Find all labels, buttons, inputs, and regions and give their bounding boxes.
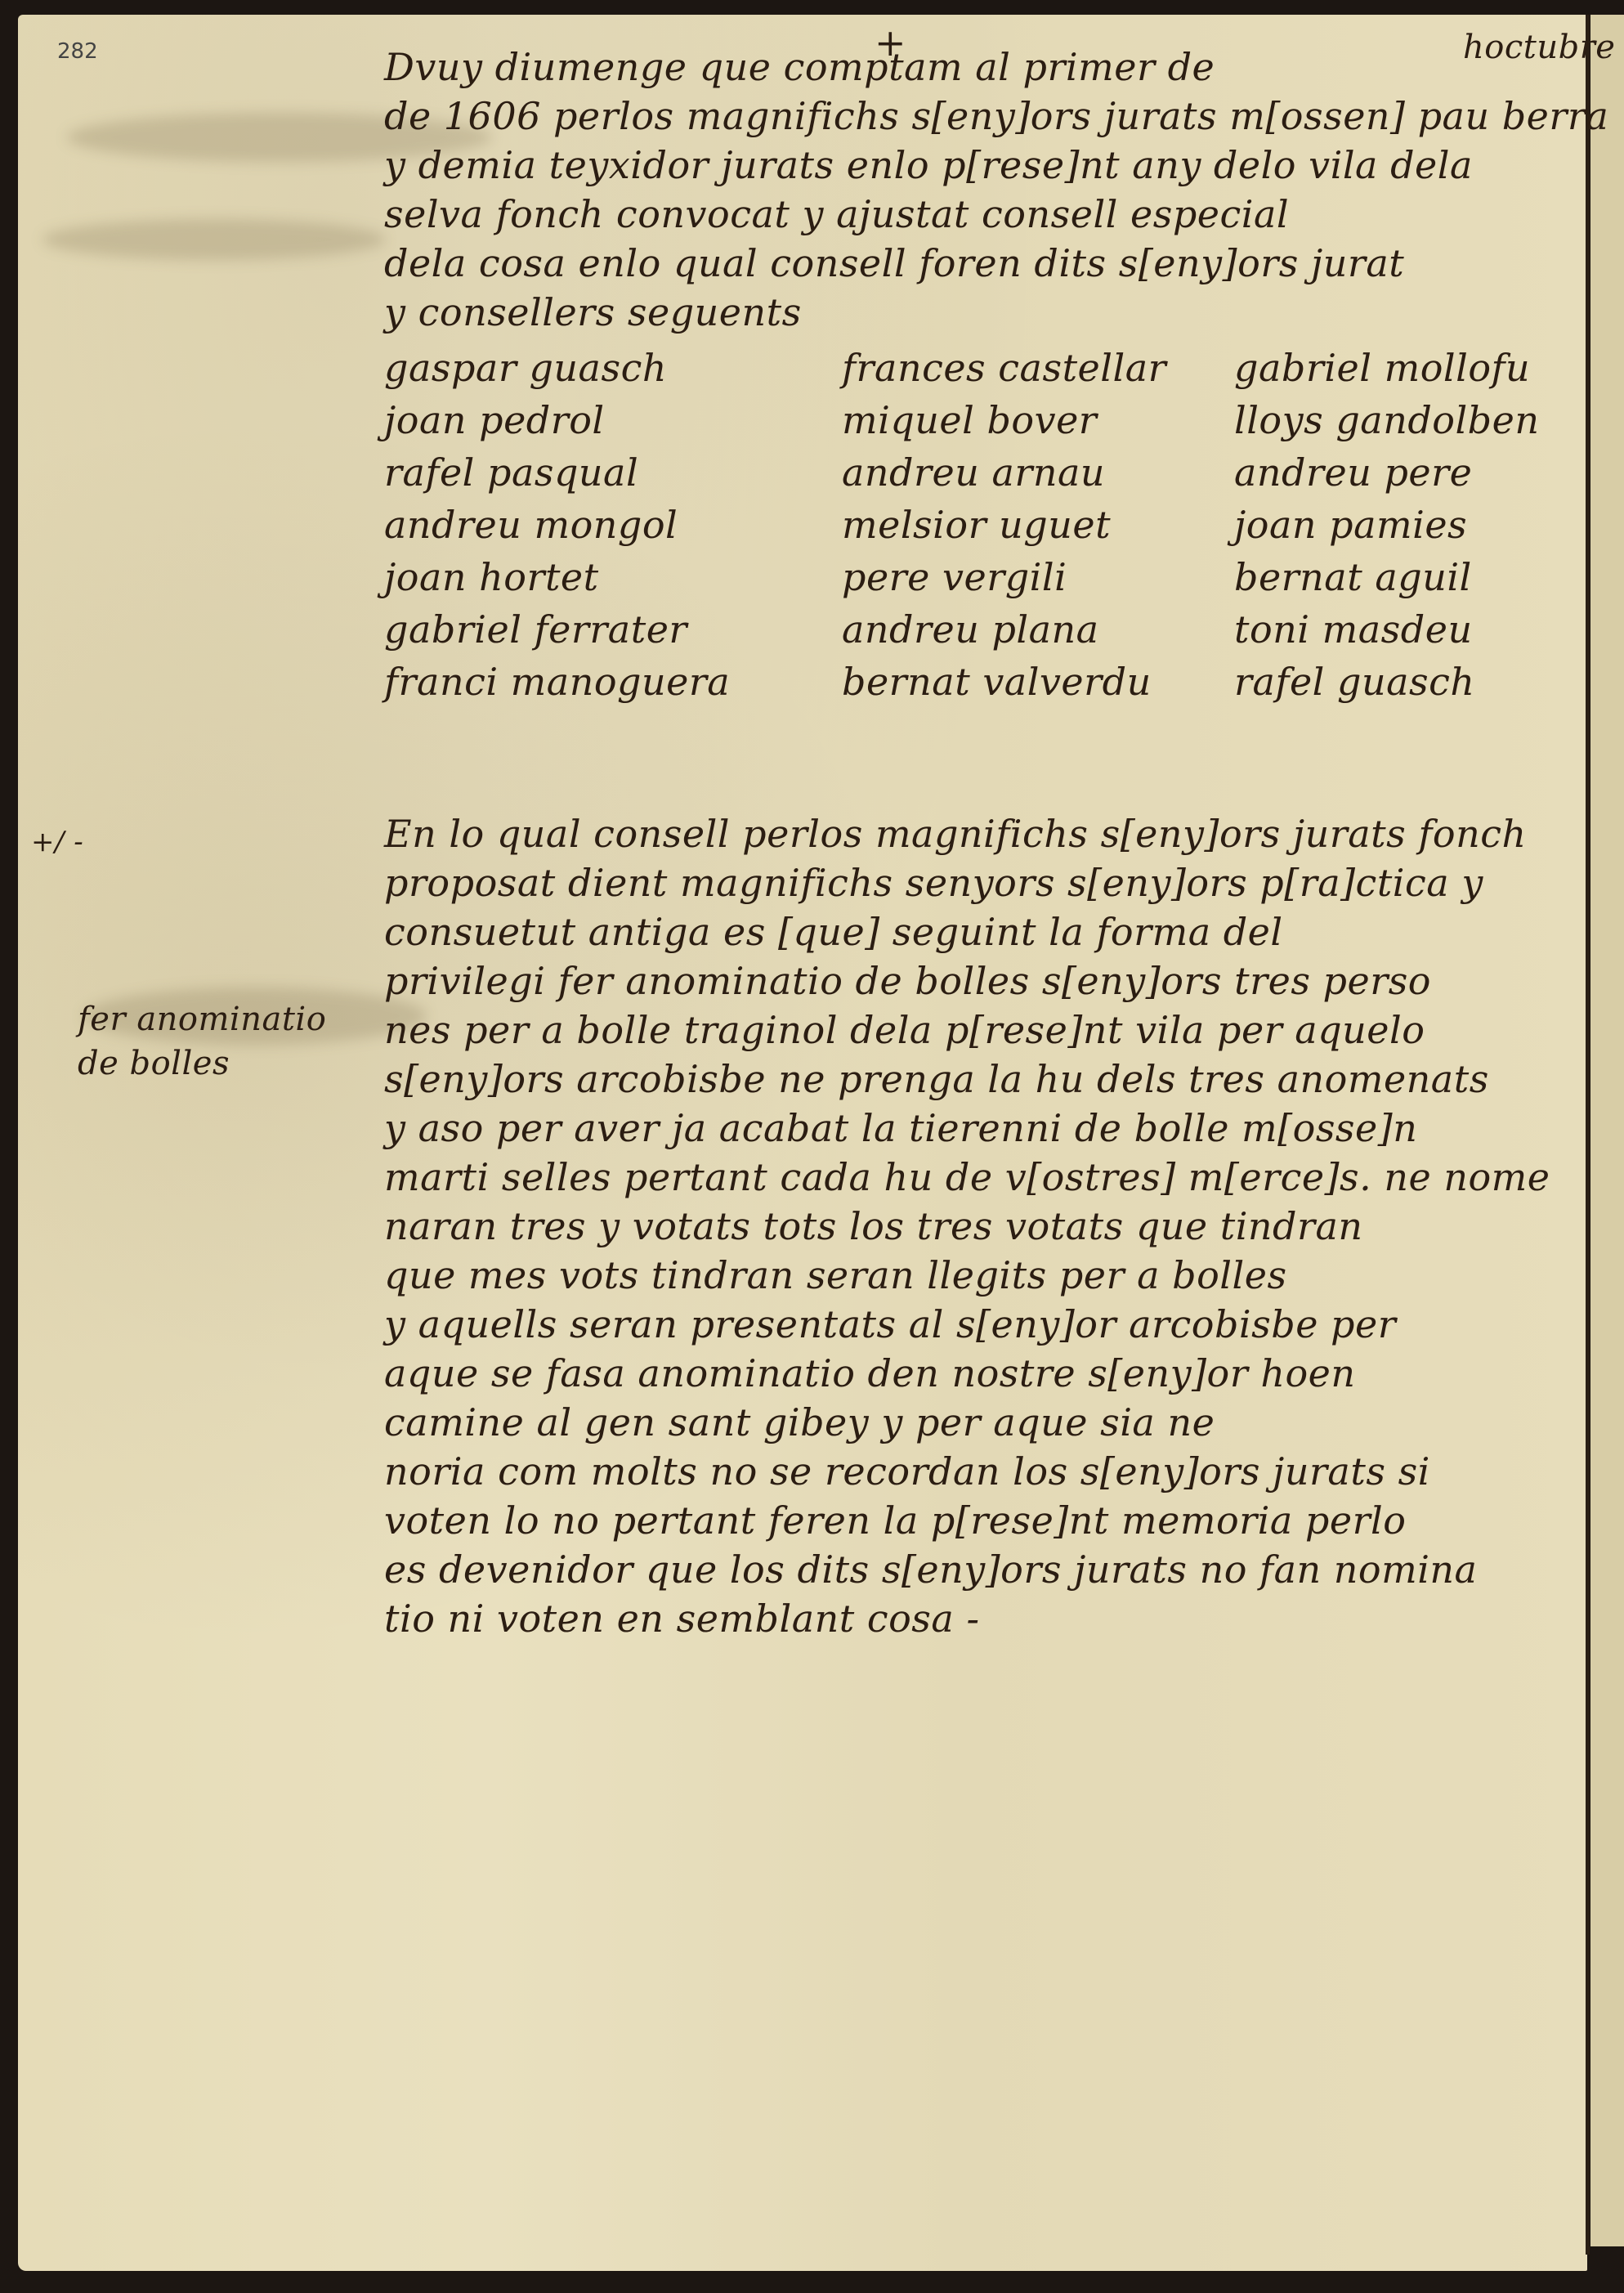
councillor-column-3: gabriel mollofu lloys gandolben andreu p… (1234, 343, 1577, 710)
folio-number: 282 (57, 39, 98, 64)
body-line: noria com molts no se recordan los s[eny… (384, 1447, 1577, 1496)
intro-line: y consellers seguents (384, 288, 1577, 337)
councillor-name: rafel guasch (1234, 657, 1577, 710)
body-line: marti selles pertant cada hu de v[ostres… (384, 1153, 1577, 1202)
councillor-name: gabriel mollofu (1234, 343, 1577, 396)
body-line: es devenidor que los dits s[eny]ors jura… (384, 1545, 1577, 1594)
councillor-name: joan pedrol (384, 396, 842, 448)
councillor-name: andreu plana (842, 605, 1234, 657)
councillor-name: frances castellar (842, 343, 1234, 396)
body-line: nes per a bolle traginol dela p[rese]nt … (384, 1005, 1577, 1055)
intro-line: dela cosa enlo qual consell foren dits s… (384, 239, 1577, 288)
body-line: tio ni voten en semblant cosa - (384, 1594, 1577, 1643)
body-line: privilegi fer anominatio de bolles s[eny… (384, 956, 1577, 1005)
body-line: En lo qual consell perlos magnifichs s[e… (384, 809, 1577, 858)
body-line: voten lo no pertant feren la p[rese]nt m… (384, 1496, 1577, 1545)
councillor-column-1: gaspar guasch joan pedrol rafel pasqual … (384, 343, 842, 710)
councillor-name: gaspar guasch (384, 343, 842, 396)
margin-mark: +/ - (31, 817, 83, 867)
adjacent-leaf-edge (1590, 15, 1624, 2246)
body-paragraph: En lo qual consell perlos magnifichs s[e… (384, 809, 1577, 1643)
body-line: naran tres y votats tots los tres votats… (384, 1202, 1577, 1251)
councillor-name: toni masdeu (1234, 605, 1577, 657)
margin-note-line: de bolles (78, 1041, 326, 1086)
councillor-name: gabriel ferrater (384, 605, 842, 657)
councillor-name: pere vergili (842, 553, 1234, 605)
body-line: consuetut antiga es [que] seguint la for… (384, 907, 1577, 956)
body-line: y aquells seran presentats al s[eny]or a… (384, 1300, 1577, 1349)
councillor-name: andreu mongol (384, 500, 842, 553)
councillor-name: franci manoguera (384, 657, 842, 710)
body-line: y aso per aver ja acabat la tierenni de … (384, 1104, 1577, 1153)
body-line: proposat dient magnifichs senyors s[eny]… (384, 858, 1577, 907)
ink-stain (43, 219, 386, 260)
councillor-name: rafel pasqual (384, 448, 842, 500)
margin-note-line: fer anominatio (78, 997, 326, 1041)
councillor-name: miquel bover (842, 396, 1234, 448)
councillor-name: lloys gandolben (1234, 396, 1577, 448)
body-line: que mes vots tindran seran llegits per a… (384, 1251, 1577, 1300)
councillor-name: bernat aguil (1234, 553, 1577, 605)
intro-paragraph: Dvuy diumenge que comptam al primer de d… (384, 43, 1577, 337)
intro-line: y demia teyxidor jurats enlo p[rese]nt a… (384, 141, 1577, 190)
intro-line: Dvuy diumenge que comptam al primer de (384, 43, 1577, 92)
body-line: s[eny]ors arcobisbe ne prenga la hu dels… (384, 1055, 1577, 1104)
body-line: aque se fasa anominatio den nostre s[eny… (384, 1349, 1577, 1398)
intro-line: de 1606 perlos magnifichs s[eny]ors jura… (384, 92, 1577, 141)
binding-line (1586, 15, 1590, 2255)
councillor-column-2: frances castellar miquel bover andreu ar… (842, 343, 1234, 710)
councillor-name: joan pamies (1234, 500, 1577, 553)
councillor-name: melsior uguet (842, 500, 1234, 553)
margin-note: fer anominatio de bolles (78, 997, 326, 1086)
councillor-name: andreu pere (1234, 448, 1577, 500)
councillor-list: gaspar guasch joan pedrol rafel pasqual … (384, 343, 1577, 710)
body-line: camine al gen sant gibey y per aque sia … (384, 1398, 1577, 1447)
councillor-name: andreu arnau (842, 448, 1234, 500)
councillor-name: joan hortet (384, 553, 842, 605)
councillor-name: bernat valverdu (842, 657, 1234, 710)
intro-line: selva fonch convocat y ajustat consell e… (384, 190, 1577, 239)
